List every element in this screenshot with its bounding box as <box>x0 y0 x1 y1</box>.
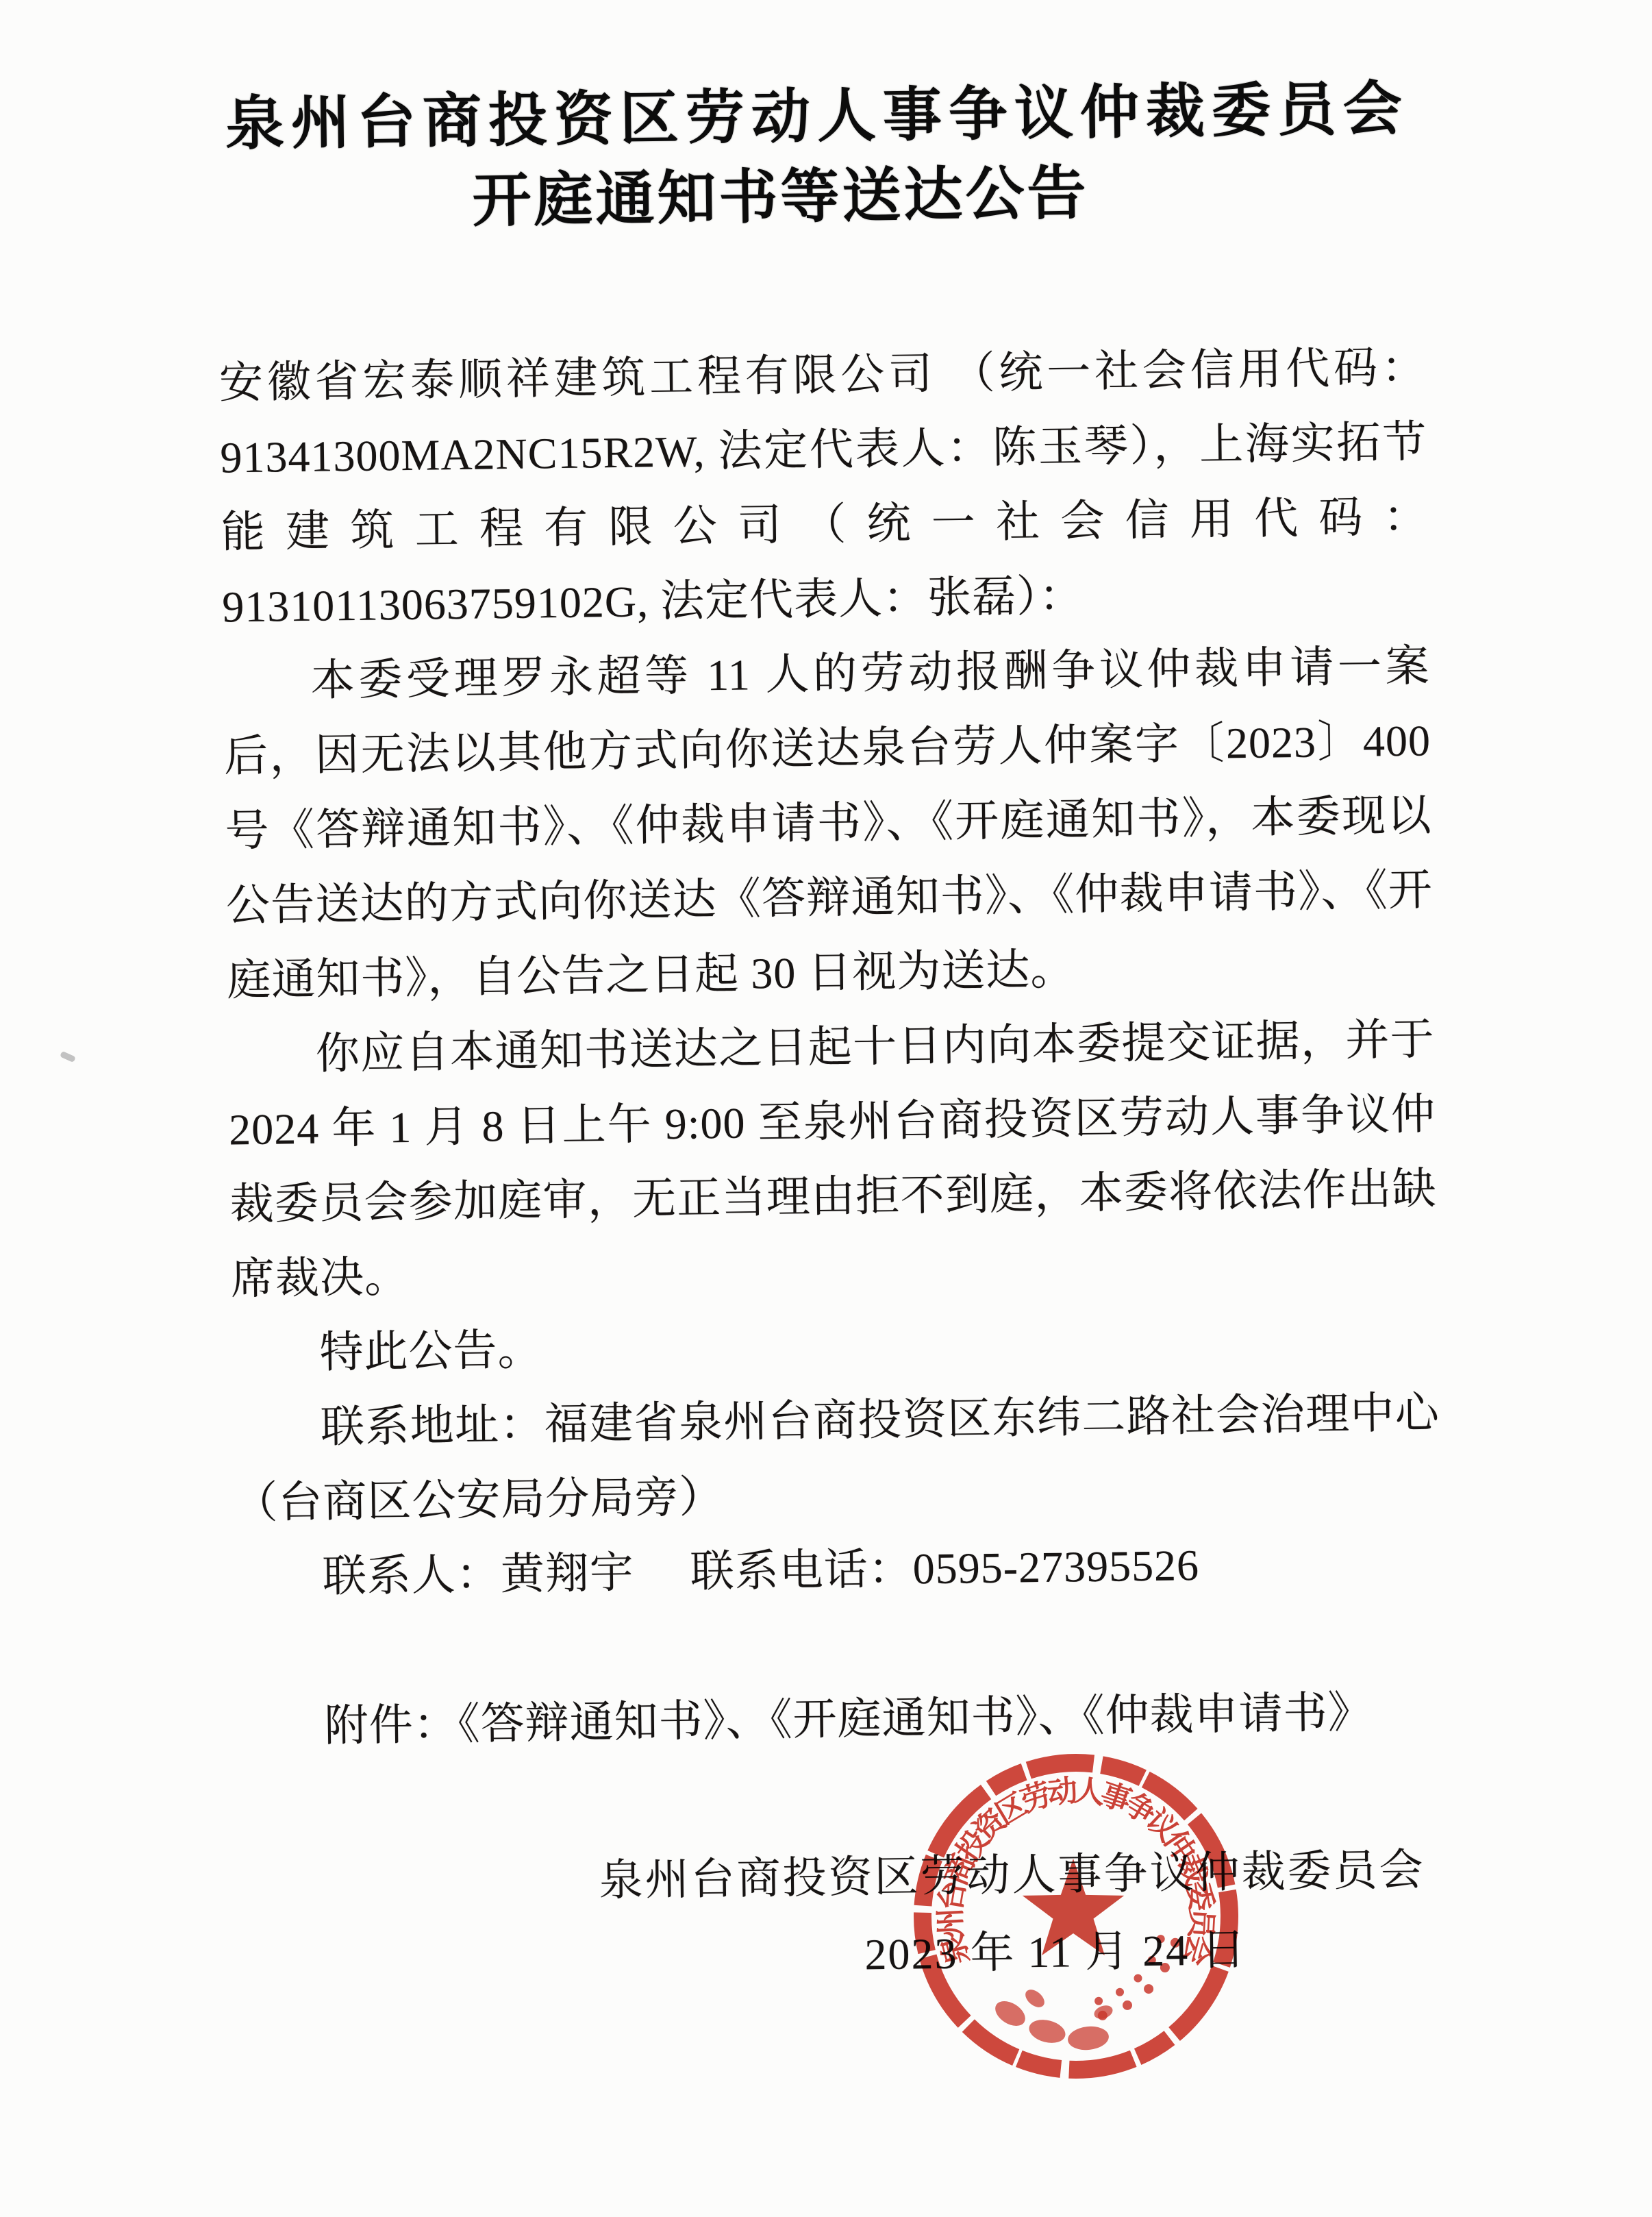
official-seal: 泉州台商投资区劳动人事争议仲裁委员会 <box>898 1738 1254 2094</box>
body-paragraph: 联系地址：福建省泉州台商投资区东纬二路社会治理中心（台商区公安局分局旁） <box>232 1375 1441 1540</box>
document-text-flow: 泉州台商投资区劳动人事争议仲裁委员会 开庭通知书等送达公告 安徽省宏泰顺祥建筑工… <box>0 0 1652 2005</box>
body-paragraph: 你应自本通知书送达之日起十日内向本委提交证据，并于 2024 年 1 月 8 日… <box>227 1002 1438 1316</box>
body-paragraph: 本委受理罗永超等 11 人的劳动报酬争议仲裁申请一案后，因无法以其他方式向你送达… <box>223 628 1434 1017</box>
document-page: 泉州台商投资区劳动人事争议仲裁委员会 开庭通知书等送达公告 安徽省宏泰顺祥建筑工… <box>0 0 1652 2217</box>
body: 安徽省宏泰顺祥建筑工程有限公司 （统一社会信用代码：91341300MA2NC1… <box>218 330 1444 1764</box>
body-paragraph: 联系人：黄翔宇 联系电话：0595-27395526 <box>234 1524 1442 1615</box>
seal-smudge <box>991 1986 1115 2052</box>
signature-block: 泉州台商投资区劳动人事争议仲裁委员会 2023 年 11 月 24 日 <box>238 1831 1447 2001</box>
signature-date: 2023 年 11 月 24 日 <box>239 1908 1447 2001</box>
seal-star-icon <box>1023 1859 1124 1955</box>
body-paragraph: 附件：《答辩通知书》、《开庭通知书》、《仲裁申请书》 <box>236 1674 1444 1764</box>
body-paragraph: 安徽省宏泰顺祥建筑工程有限公司 （统一社会信用代码：91341300MA2NC1… <box>218 330 1429 644</box>
signature-org-name: 泉州台商投资区劳动人事争议仲裁委员会 <box>238 1831 1446 1924</box>
document-title: 泉州台商投资区劳动人事争议仲裁委员会 开庭通知书等送达公告 <box>0 0 1644 248</box>
